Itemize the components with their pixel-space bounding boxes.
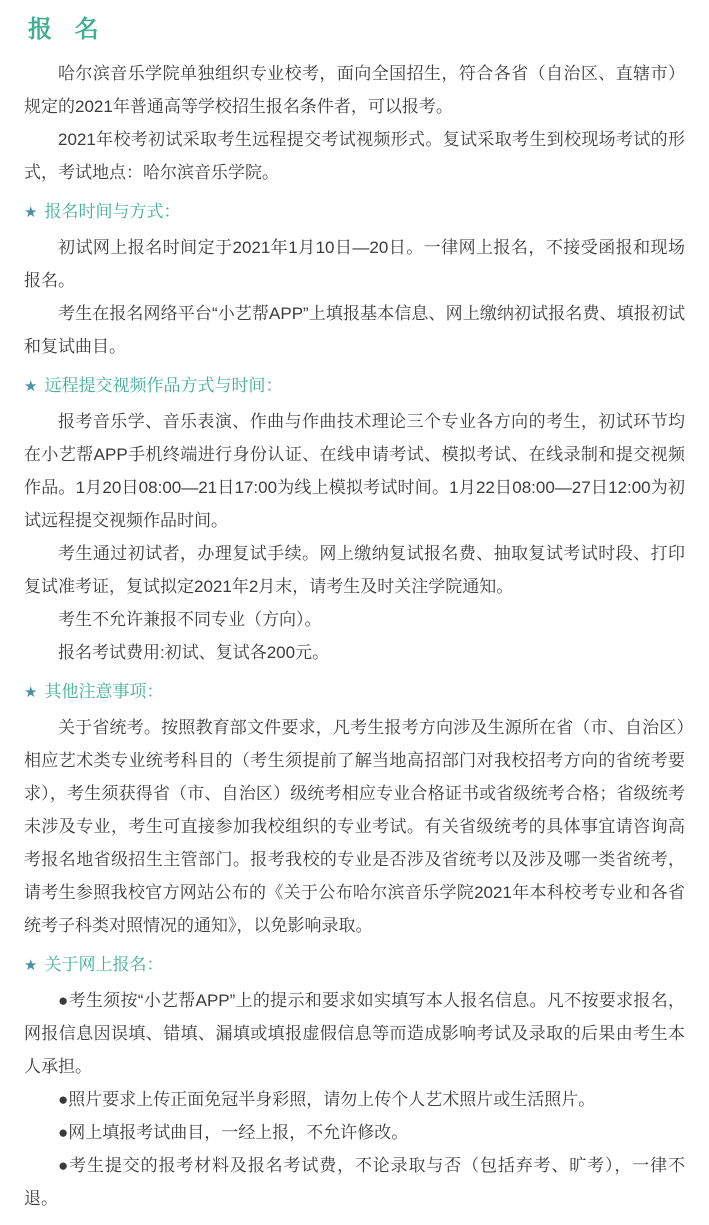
online-registration-bullet-4: ●考生提交的报考材料及报名考试费，不论录取与否（包括弃考、旷考），一律不退。: [24, 1149, 685, 1215]
star-icon: ★: [24, 370, 37, 403]
online-registration-bullet-3: ●网上填报考试曲目，一经上报，不允许修改。: [24, 1116, 685, 1149]
section-heading-registration-time: ★报名时间与方式：: [24, 195, 685, 229]
intro-paragraph-1: 哈尔滨音乐学院单独组织专业校考，面向全国招生，符合各省（自治区、直辖市）规定的2…: [24, 57, 685, 123]
intro-paragraph-2: 2021年校考初试采取考生远程提交考试视频形式。复试采取考生到校现场考试的形式，…: [24, 123, 685, 189]
video-submission-paragraph-1: 报考音乐学、音乐表演、作曲与作曲技术理论三个专业各方向的考生，初试环节均在小艺帮…: [24, 405, 685, 537]
star-icon: ★: [24, 196, 37, 229]
registration-time-paragraph-2: 考生在报名网络平台“小艺帮APP”上填报基本信息、网上缴纳初试报名费、填报初试和…: [24, 297, 685, 363]
page-title: 报 名: [28, 16, 685, 45]
star-icon: ★: [24, 949, 37, 982]
video-submission-paragraph-2: 考生通过初试者，办理复试手续。网上缴纳复试报名费、抽取复试考试时段、打印复试准考…: [24, 537, 685, 603]
registration-time-paragraph-1: 初试网上报名时间定于2021年1月10日—20日。一律网上报名，不接受函报和现场…: [24, 231, 685, 297]
section-heading-other-notes-label: 其他注意事项：: [44, 682, 163, 701]
video-submission-paragraph-4: 报名考试费用:初试、复试各200元。: [24, 636, 685, 669]
online-registration-bullet-1: ●考生须按“小艺帮APP”上的提示和要求如实填写本人报名信息。凡不按要求报名，网…: [24, 984, 685, 1083]
section-heading-online-registration: ★关于网上报名：: [24, 948, 685, 982]
online-registration-bullet-2: ●照片要求上传正面免冠半身彩照，请勿上传个人艺术照片或生活照片。: [24, 1083, 685, 1116]
section-heading-other-notes: ★其他注意事项：: [24, 675, 685, 709]
section-heading-registration-time-label: 报名时间与方式：: [44, 202, 180, 221]
star-icon: ★: [24, 676, 37, 709]
section-heading-online-registration-label: 关于网上报名：: [44, 955, 163, 974]
section-heading-video-submission-label: 远程提交视频作品方式与时间：: [44, 376, 282, 395]
video-submission-paragraph-3: 考生不允许兼报不同专业（方向）。: [24, 603, 685, 636]
other-notes-paragraph-1: 关于省统考。按照教育部文件要求，凡考生报考方向涉及生源所在省（市、自治区）相应艺…: [24, 711, 685, 942]
registration-notice-page: 报 名 哈尔滨音乐学院单独组织专业校考，面向全国招生，符合各省（自治区、直辖市）…: [0, 0, 709, 1225]
section-heading-video-submission: ★远程提交视频作品方式与时间：: [24, 369, 685, 403]
